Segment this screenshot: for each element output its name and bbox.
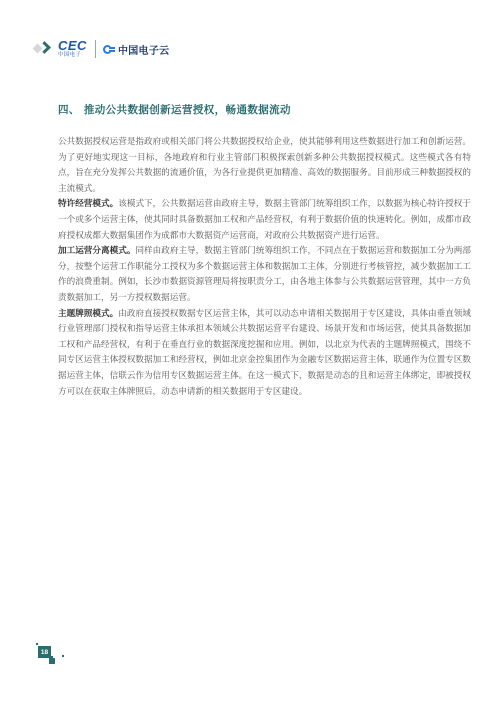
china-electronics-cloud-logo: 中国电子云 [103, 42, 170, 57]
decorative-dot-icon [62, 655, 64, 657]
paragraph-intro: 公共数据授权运营是指政府或相关部门将公共数据授权给企业，使其能够利用这些数据进行… [58, 135, 471, 197]
cec-logo-subtext: 中国电子 [58, 53, 81, 59]
cloud-logo-text: 中国电子云 [118, 42, 170, 57]
page-number: 18 [38, 646, 51, 658]
paragraph-license-model: 主题牌照模式。由政府直接授权数据专区运营主体，其可以动态申请相关数据用于专区建设… [58, 307, 471, 401]
paragraph-lead: 加工运营分离模式。 [58, 246, 135, 256]
cec-logo-text: CEC [58, 39, 87, 52]
paragraph-separation-model: 加工运营分离模式。同样由政府主导，数据主管部门统筹组织工作，不同点在于数据运营和… [58, 244, 471, 306]
cec-logo: CEC 中国电子 [58, 39, 87, 59]
decorative-square-icon [49, 658, 55, 664]
paragraph-franchise-model: 特许经营模式。该模式下，公共数据运营由政府主导，数据主管部门统筹组织工作，以数据… [58, 197, 471, 244]
cloud-logo-icon [103, 45, 115, 54]
section-title: 四、 推动公共数据创新运营授权，畅通数据流动 [58, 102, 291, 117]
page-header: CEC 中国电子 中国电子云 [34, 36, 169, 62]
paragraph-lead: 特许经营模式。 [58, 199, 118, 209]
decorative-dot-icon [36, 643, 38, 645]
page-footer: 18 [34, 643, 74, 665]
chevron-logo-icon [34, 41, 52, 57]
logo-divider [95, 40, 96, 58]
paragraph-text: 由政府直接授权数据专区运营主体，其可以动态申请相关数据用于专区建设，具体由垂直领… [58, 309, 471, 397]
paragraph-lead: 主题牌照模式。 [58, 309, 118, 319]
paragraph-text: 公共数据授权运营是指政府或相关部门将公共数据授权给企业，使其能够利用这些数据进行… [58, 137, 471, 194]
paragraph-text: 该模式下，公共数据运营由政府主导，数据主管部门统筹组织工作，以数据为核心特许授权… [58, 199, 471, 240]
body-text: 公共数据授权运营是指政府或相关部门将公共数据授权给企业，使其能够利用这些数据进行… [58, 135, 471, 400]
